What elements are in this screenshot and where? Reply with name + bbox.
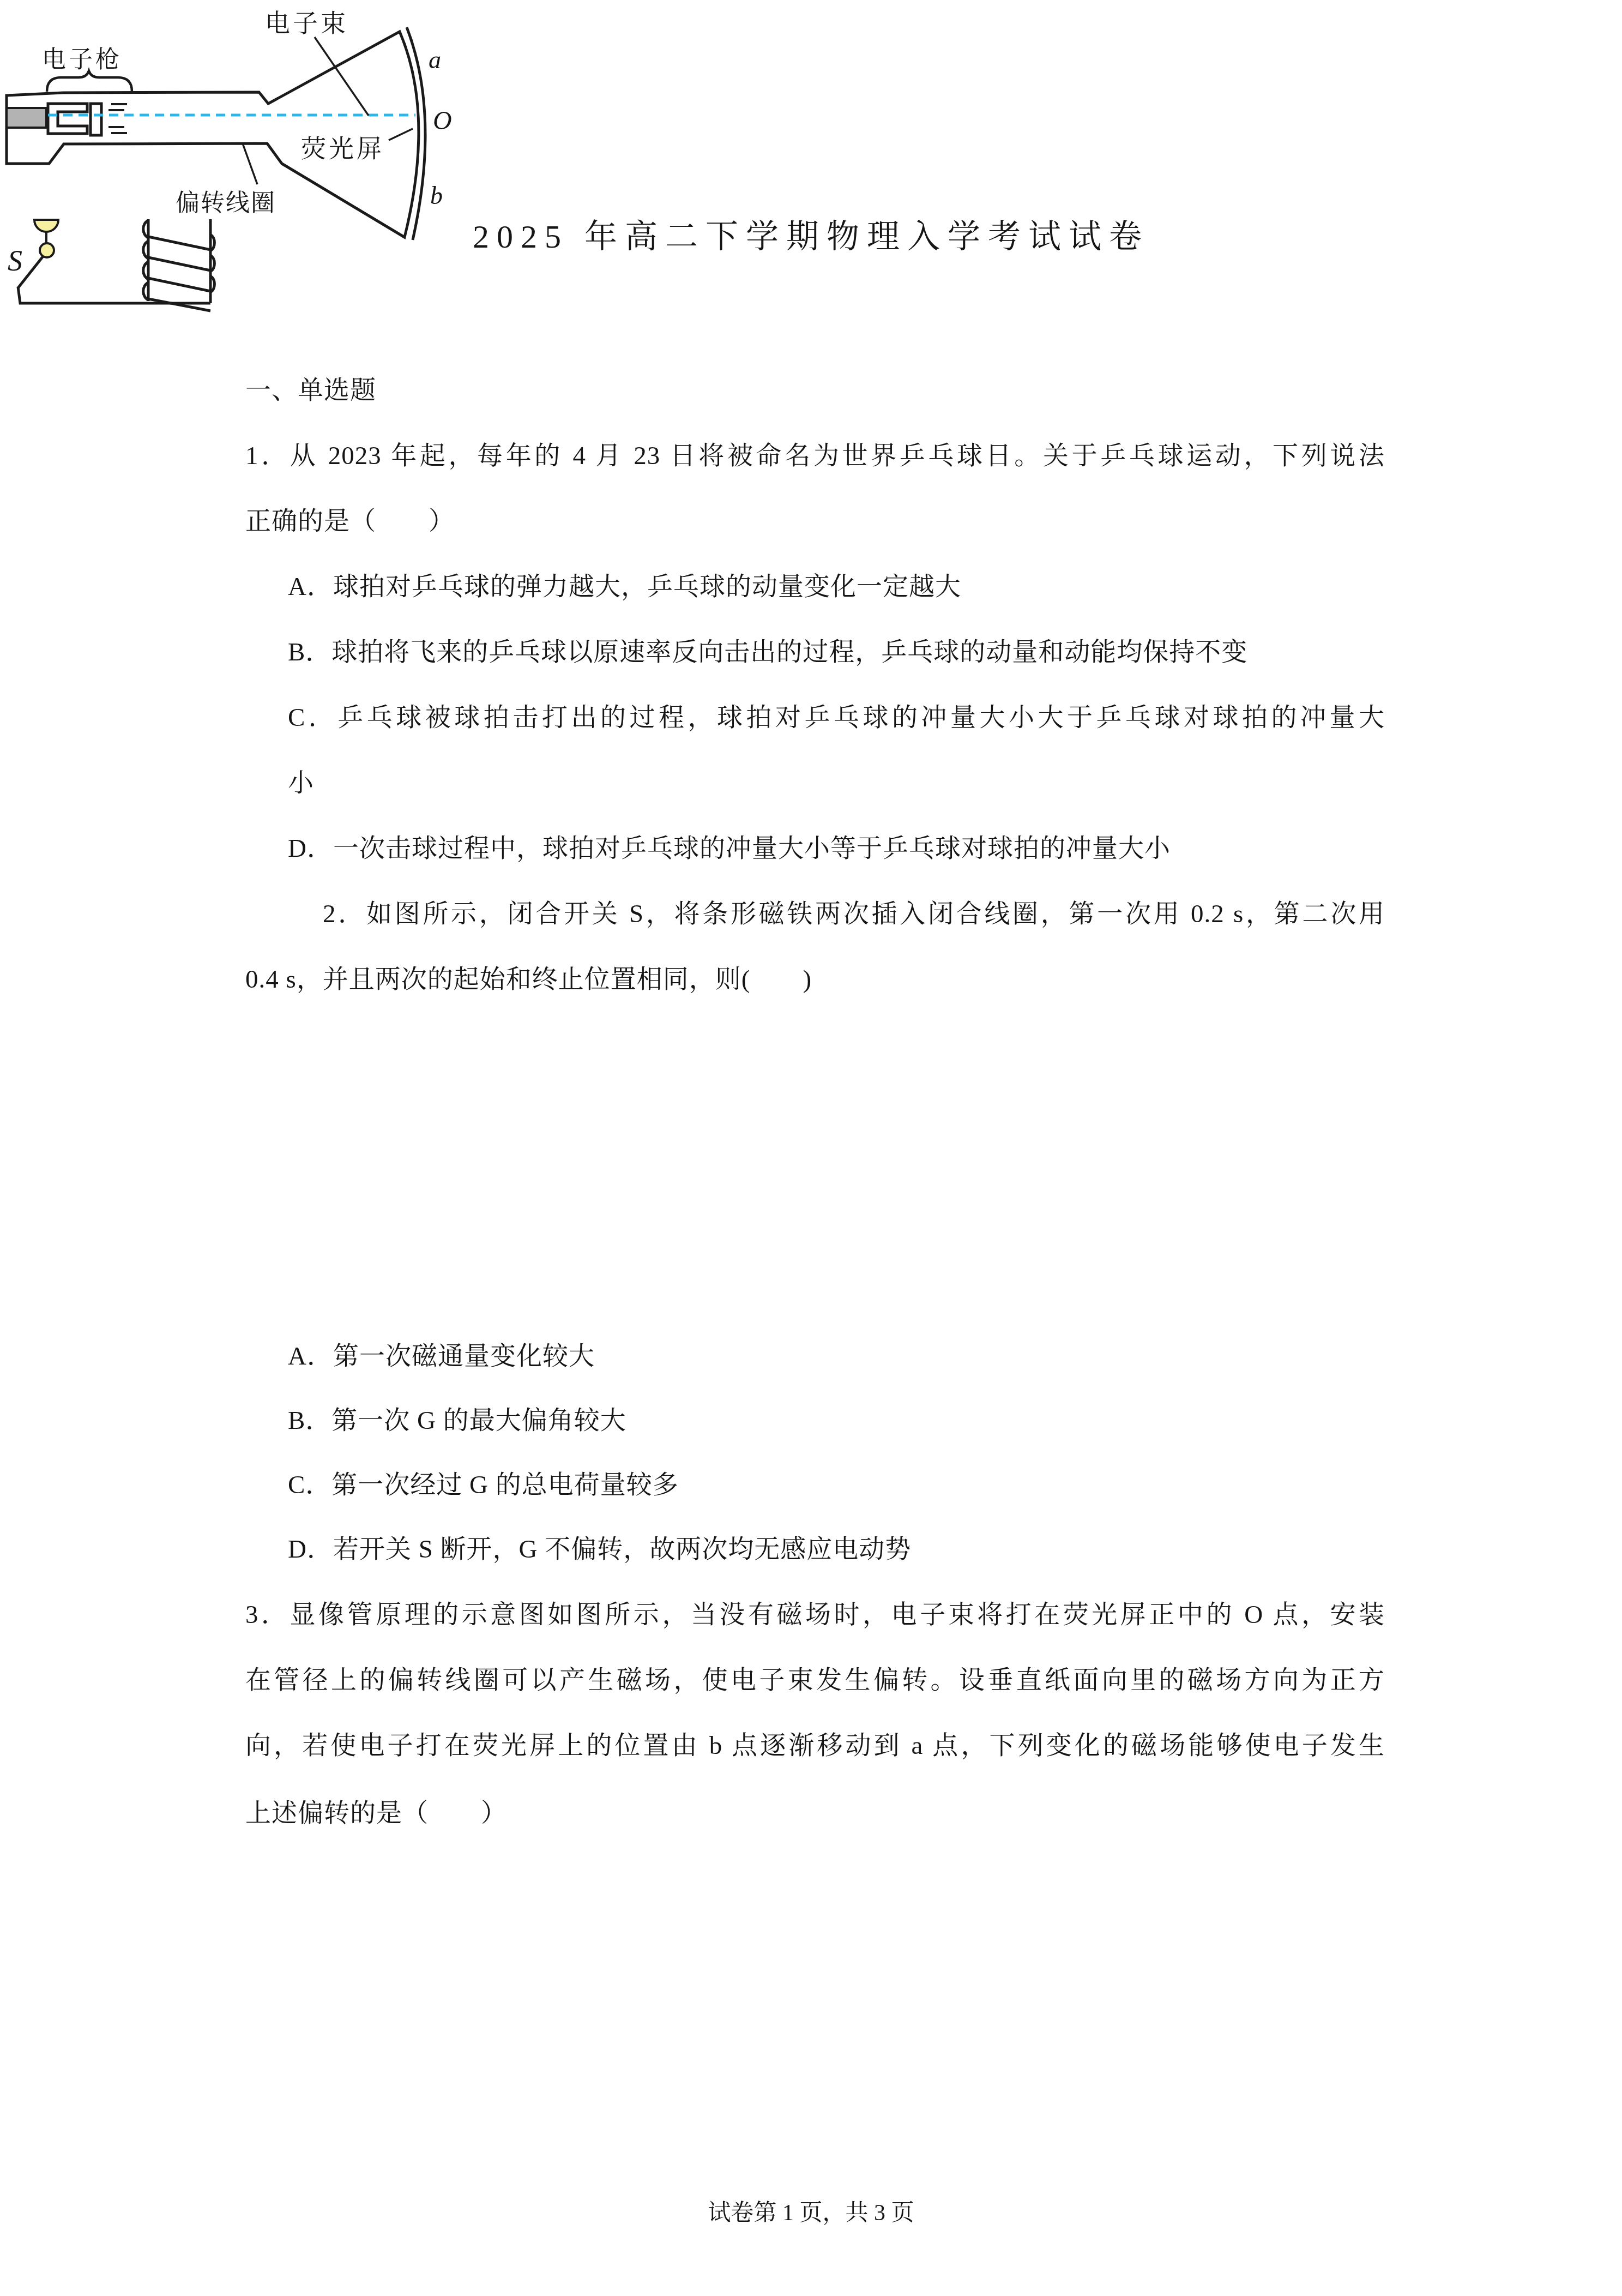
question-2-option-a: A．第一次磁通量变化较大	[288, 1340, 595, 1373]
crt-filament	[7, 108, 46, 128]
question-2-option-d: D．若开关 S 断开，G 不偏转，故两次均无感应电动势	[288, 1533, 911, 1566]
question-1-option-d: D．一次击球过程中，球拍对乒乓球的冲量大小等于乒乓球对球拍的冲量大小	[288, 832, 1171, 865]
question-1-option-c-wrap: 小	[288, 767, 314, 800]
question-2-option-b: B．第一次 G 的最大偏角较大	[288, 1404, 626, 1437]
crt-focus-plate	[91, 104, 101, 135]
question-1-line-2: 正确的是（ ）	[245, 505, 455, 538]
electron-gun-label: 电子枪	[42, 46, 122, 73]
page-title: 2025 年高二下学期物理入学考试试卷	[0, 219, 1622, 254]
exam-page: 电子枪 电子束 荧光屏 偏转线圈 a O b S 20	[0, 0, 1622, 2296]
question-1-option-c: C．乒乓球被球拍击打出的过程，球拍对乒乓球的冲量大小大于乒乓球对球拍的冲量大	[288, 701, 1385, 734]
question-3-line-2: 在管径上的偏转线圈可以产生磁场，使电子束发生偏转。设垂直纸面向里的磁场方向为正方	[245, 1664, 1385, 1697]
question-1-line-1: 1．从 2023 年起，每年的 4 月 23 日将被命名为世界乒乓球日。关于乒乓…	[245, 440, 1385, 472]
electron-beam-label: 电子束	[265, 9, 348, 37]
question-3-line-1: 3．显像管原理的示意图如图所示，当没有磁场时，电子束将打在荧光屏正中的 O 点，…	[245, 1598, 1385, 1631]
question-2-line-1: 2．如图所示，闭合开关 S，将条形磁铁两次插入闭合线圈，第一次用 0.2 s，第…	[323, 898, 1385, 930]
question-3-line-4: 上述偏转的是（ ）	[245, 1797, 507, 1830]
crt-figure: 电子枪 电子束 荧光屏 偏转线圈 a O b S	[0, 0, 453, 316]
question-1-option-b: B．球拍将飞来的乒乓球以原速率反向击出的过程，乒乓球的动量和动能均保持不变	[288, 636, 1247, 669]
page-number: 试卷第 1 页，共 3 页	[0, 2199, 1622, 2227]
deflection-coil-leader-line	[243, 143, 257, 184]
screen-point-o-label: O	[433, 106, 452, 135]
circuit-bottom-wire	[18, 287, 210, 303]
section-heading: 一、单选题	[245, 374, 376, 407]
screen-point-a-label: a	[429, 46, 441, 74]
question-1-option-a: A．球拍对乒乓球的弹力越大，乒乓球的动量变化一定越大	[288, 570, 961, 603]
deflection-coil-label: 偏转线圈	[176, 190, 276, 217]
question-2-option-c: C．第一次经过 G 的总电荷量较多	[288, 1469, 679, 1501]
screen-label: 荧光屏	[301, 135, 384, 163]
screen-point-b-label: b	[430, 182, 443, 209]
question-2-line-2: 0.4 s，并且两次的起始和终止位置相同，则( )	[245, 963, 812, 996]
electron-gun-brace	[47, 71, 132, 92]
question-3-line-3: 向，若使电子打在荧光屏上的位置由 b 点逐渐移动到 a 点，下列变化的磁场能够使…	[245, 1729, 1385, 1762]
